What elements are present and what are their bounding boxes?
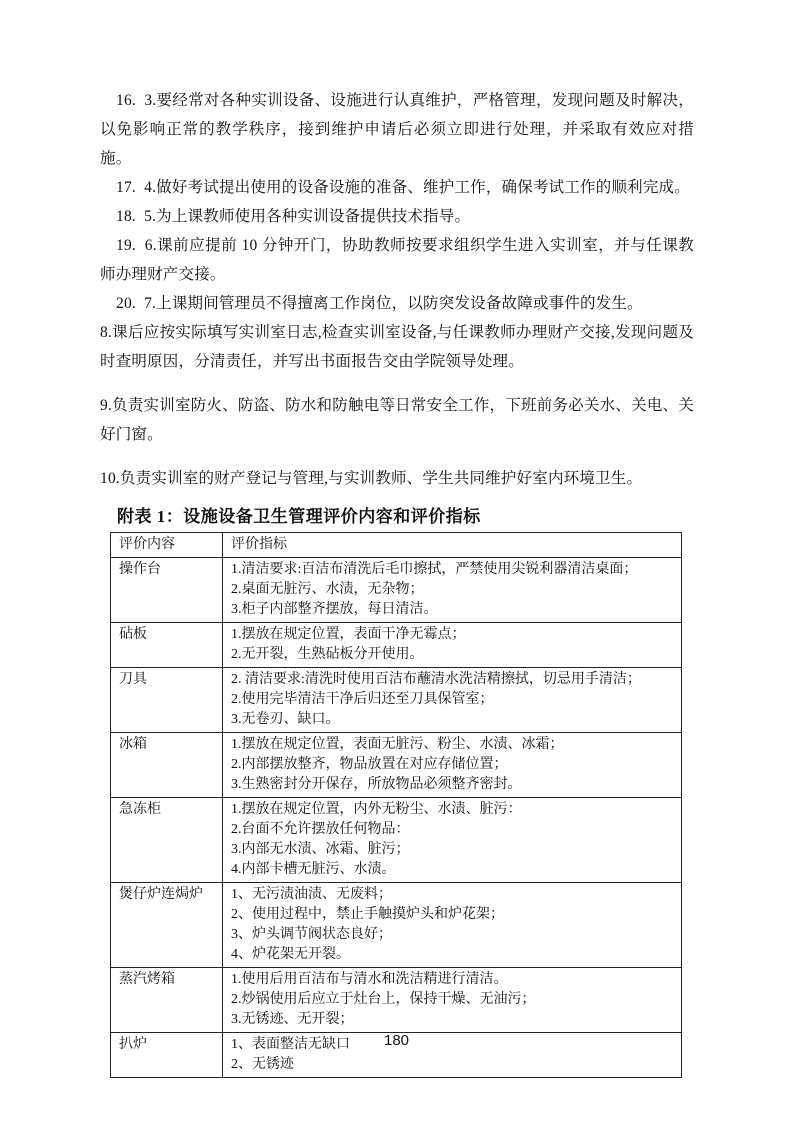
criteria-cell: 1.使用后用百洁布与清水和洗洁精进行清洁。 2.炒锅使用后应立于灶台上，保持干燥… [223, 968, 682, 1033]
item-name-cell: 操作台 [111, 558, 223, 623]
table-header-criteria: 评价指标 [223, 533, 682, 558]
criteria-line: 1.摆放在规定位置，表面无脏污、粉尘、水渍、冰霜； [231, 735, 675, 755]
criteria-line: 3.内部无水渍、冰霜、脏污； [231, 840, 675, 860]
criteria-cell: 1.摆放在规定位置，表面干净无霉点； 2.无开裂，生熟砧板分开使用。 [223, 623, 682, 668]
criteria-cell: 1.清洁要求:百洁布清洗后毛巾擦拭，严禁使用尖锐利器清洁桌面； 2.桌面无脏污、… [223, 558, 682, 623]
criteria-line: 3、炉头调节阀状态良好； [231, 925, 675, 945]
criteria-line: 2.使用完毕清洁干净后归还至刀具保管室； [231, 690, 675, 710]
criteria-line: 4.内部卡槽无脏污、水渍。 [231, 860, 675, 880]
criteria-line: 2.内部摆放整齐，物品放置在对应存储位置； [231, 755, 675, 775]
item-name-cell: 蒸汽烤箱 [111, 968, 223, 1033]
criteria-line: 2.无开裂，生熟砧板分开使用。 [231, 645, 675, 665]
paragraph: 8.课后应按实际填写实训室日志,检查实训室设备,与任课教师办理财产交接,发现问题… [100, 318, 694, 376]
paragraph: 19. 6.课前应提前 10 分钟开门，协助教师按要求组织学生进入实训室，并与任… [100, 231, 694, 289]
table-header-row: 评价内容 评价指标 [111, 533, 682, 558]
table-row: 操作台 1.清洁要求:百洁布清洗后毛巾擦拭，严禁使用尖锐利器清洁桌面； 2.桌面… [111, 558, 682, 623]
criteria-line: 1.使用后用百洁布与清水和洗洁精进行清洁。 [231, 970, 675, 990]
criteria-line: 1.清洁要求:百洁布清洗后毛巾擦拭，严禁使用尖锐利器清洁桌面； [231, 560, 675, 580]
paragraph: 9.负责实训室防火、防盗、防水和防触电等日常安全工作，下班前务必关水、关电、关好… [100, 391, 694, 449]
item-name-cell: 刀具 [111, 668, 223, 733]
criteria-cell: 1.摆放在规定位置，内外无粉尘、水渍、脏污： 2.台面不允许摆放任何物品： 3.… [223, 798, 682, 883]
table-row: 急冻柜 1.摆放在规定位置，内外无粉尘、水渍、脏污： 2.台面不允许摆放任何物品… [111, 798, 682, 883]
criteria-line: 2、使用过程中，禁止手触摸炉头和炉花架； [231, 905, 675, 925]
paragraph: 20. 7.上课期间管理员不得擅离工作岗位，以防突发设备故障或事件的发生。 [100, 289, 694, 318]
item-name-cell: 冰箱 [111, 733, 223, 798]
criteria-line: 2、无锈迹 [231, 1055, 675, 1075]
table-row: 刀具 2. 清洁要求:清洗时使用百洁布蘸清水洗洁精擦拭，切忌用手清洁； 2.使用… [111, 668, 682, 733]
table-caption: 附表 1：设施设备卫生管理评价内容和评价指标 [117, 502, 694, 527]
criteria-line: 3.柜子内部整齐摆放，每日清洁。 [231, 600, 675, 620]
criteria-line: 1.摆放在规定位置，表面干净无霉点； [231, 625, 675, 645]
criteria-line: 2.桌面无脏污、水渍，无杂物； [231, 580, 675, 600]
criteria-line: 2. 清洁要求:清洗时使用百洁布蘸清水洗洁精擦拭，切忌用手清洁； [231, 670, 675, 690]
evaluation-table: 评价内容 评价指标 操作台 1.清洁要求:百洁布清洗后毛巾擦拭，严禁使用尖锐利器… [110, 532, 682, 1078]
paragraph: 10.负责实训室的财产登记与管理,与实训教师、学生共同维护好室内环境卫生。 [100, 464, 694, 493]
criteria-line: 3.无卷刃、缺口。 [231, 710, 675, 730]
table-row: 砧板 1.摆放在规定位置，表面干净无霉点； 2.无开裂，生熟砧板分开使用。 [111, 623, 682, 668]
table-header-item: 评价内容 [111, 533, 223, 558]
criteria-line: 3.生熟密封分开保存，所放物品必须整齐密封。 [231, 775, 675, 795]
criteria-cell: 2. 清洁要求:清洗时使用百洁布蘸清水洗洁精擦拭，切忌用手清洁； 2.使用完毕清… [223, 668, 682, 733]
paragraph: 16. 3.要经常对各种实训设备、设施进行认真维护，严格管理，发现问题及时解决，… [100, 86, 694, 173]
page-content: 16. 3.要经常对各种实训设备、设施进行认真维护，严格管理，发现问题及时解决，… [100, 86, 694, 1078]
criteria-line: 1、无污渍油渍、无废料； [231, 885, 675, 905]
item-name-cell: 砧板 [111, 623, 223, 668]
criteria-line: 2.台面不允许摆放任何物品： [231, 820, 675, 840]
criteria-line: 1.摆放在规定位置，内外无粉尘、水渍、脏污： [231, 800, 675, 820]
paragraph: 17. 4.做好考试提出使用的设备设施的准备、维护工作，确保考试工作的顺利完成。 [100, 173, 694, 202]
paragraph: 18. 5.为上课教师使用各种实训设备提供技术指导。 [100, 202, 694, 231]
table-row: 冰箱 1.摆放在规定位置，表面无脏污、粉尘、水渍、冰霜； 2.内部摆放整齐，物品… [111, 733, 682, 798]
table-row: 煲仔炉连焗炉 1、无污渍油渍、无废料； 2、使用过程中，禁止手触摸炉头和炉花架；… [111, 883, 682, 968]
criteria-line: 3.无锈迹、无开裂； [231, 1010, 675, 1030]
criteria-cell: 1、无污渍油渍、无废料； 2、使用过程中，禁止手触摸炉头和炉花架； 3、炉头调节… [223, 883, 682, 968]
page-number: 180 [0, 1032, 793, 1049]
item-name-cell: 煲仔炉连焗炉 [111, 883, 223, 968]
criteria-line: 4、炉花架无开裂。 [231, 945, 675, 965]
criteria-cell: 1.摆放在规定位置，表面无脏污、粉尘、水渍、冰霜； 2.内部摆放整齐，物品放置在… [223, 733, 682, 798]
criteria-line: 2.炒锅使用后应立于灶台上，保持干燥、无油污； [231, 990, 675, 1010]
document-page: 16. 3.要经常对各种实训设备、设施进行认真维护，严格管理，发现问题及时解决，… [0, 0, 793, 1122]
item-name-cell: 急冻柜 [111, 798, 223, 883]
table-row: 蒸汽烤箱 1.使用后用百洁布与清水和洗洁精进行清洁。 2.炒锅使用后应立于灶台上… [111, 968, 682, 1033]
